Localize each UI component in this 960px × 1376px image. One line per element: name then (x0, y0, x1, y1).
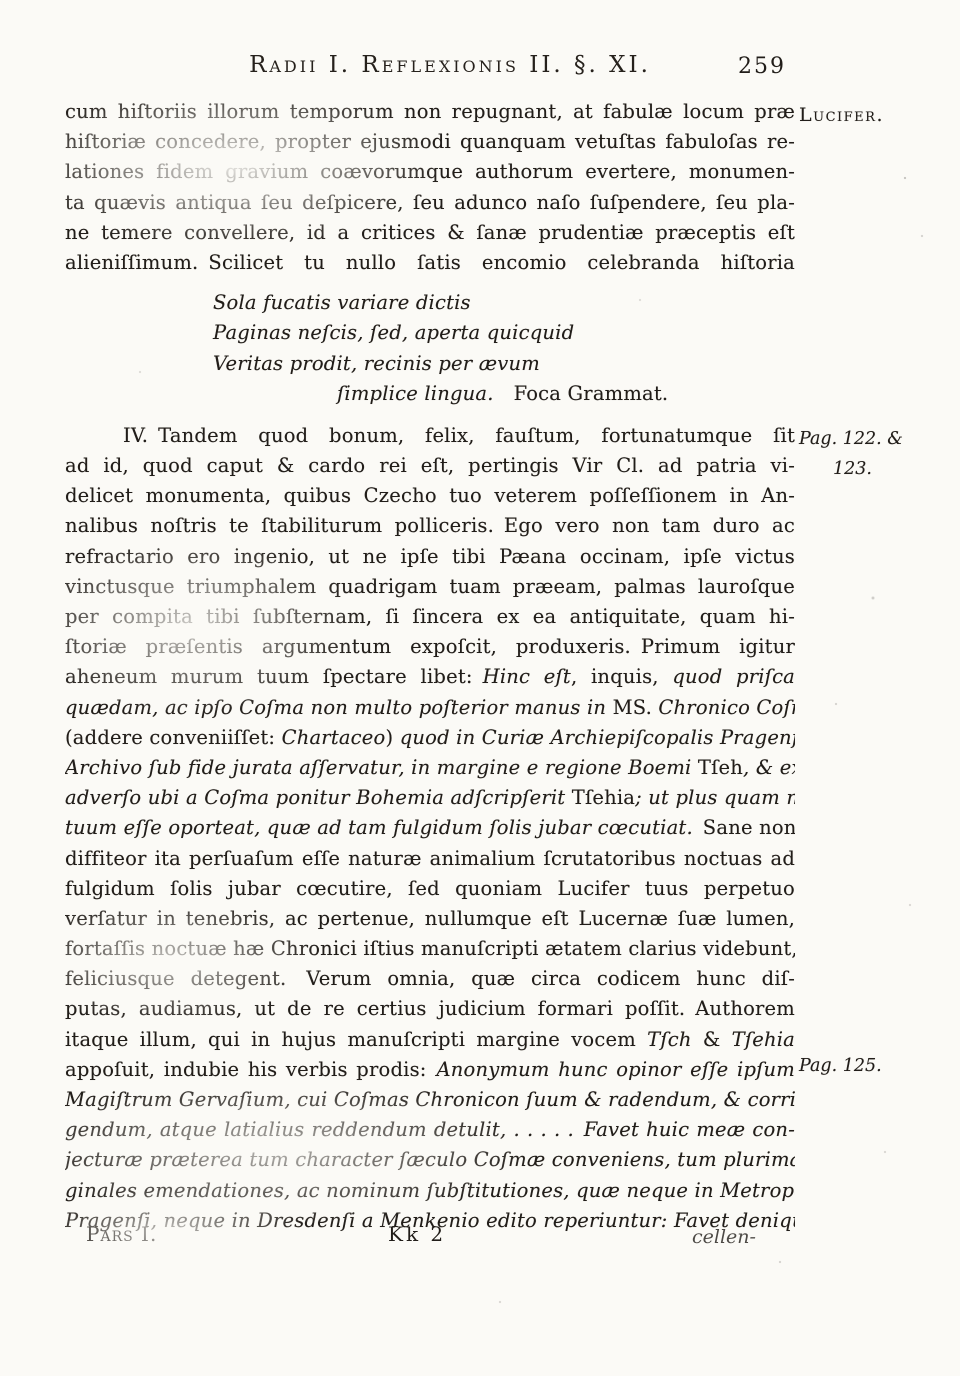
italic-text: Anonymum hunc opinor eſſe ipſum (437, 1058, 796, 1081)
roman-text: alieniſſimum. Scilicet tu nullo ſatis en… (65, 251, 795, 274)
roman-text: verſatur in tenebris, ac pertenue, nullu… (65, 907, 795, 930)
text-line: aheneum murum tuum ſpectare libet: Hinc … (65, 662, 795, 692)
text-line: diffiteor ita perſuaſum eſſe naturæ anim… (65, 844, 795, 874)
text-line: Archivo ſub fide jurata aſſervatur, in m… (65, 753, 795, 783)
text-line: nalibus noſtris te ſtabiliturum pollicer… (65, 511, 795, 541)
italic-text: Tſehia (732, 1028, 795, 1051)
roman-text: (addere conveniiſſet: (65, 726, 282, 749)
roman-text: IV. Tandem quod bonum, felix, fauſtum, f… (123, 424, 795, 447)
italic-text: gendum, atque latialius reddendum detuli… (65, 1118, 795, 1141)
italic-text: Magiſtrum Gervaſium, cui Coſmas Chronico… (65, 1088, 795, 1111)
page-header: Radii I. Reflexionis II. §. XI. 259 (0, 52, 960, 88)
italic-text: Sola fucatis variare dictis (213, 291, 471, 314)
italic-text: ginales emendationes, ac nominum ſubſtit… (65, 1179, 795, 1202)
volume-signature: Pars I. (86, 1222, 157, 1246)
catchword: cellen- (692, 1226, 756, 1248)
italic-text: Archivo ſub fide jurata aſſervatur, in m… (65, 756, 698, 779)
roman-text: delicet monumenta, quibus Czecho tuo vet… (65, 484, 795, 507)
roman-text: ad id, quod caput & cardo rei eſt, perti… (65, 454, 795, 477)
margin-note-lucifer: Lucifer. (799, 100, 954, 130)
italic-text: Hinc eſt (483, 665, 571, 688)
roman-text: , inquis, (571, 665, 672, 688)
text-line: lationes fidem gravium coævorumque autho… (65, 157, 795, 187)
roman-text: Tſehia (572, 786, 635, 809)
italic-text: , & ex (743, 756, 795, 779)
text-line: ſimplice lingua. Foca Grammat. (65, 379, 795, 409)
roman-text: aheneum murum tuum ſpectare libet: (65, 665, 483, 688)
roman-text: feliciusque detegent. Verum omnia, quæ c… (65, 967, 795, 990)
roman-text: refractario ero ingenio, ut ne ipſe tibi… (65, 545, 795, 568)
roman-text: & (692, 1028, 732, 1051)
italic-text: Chronico Coſmæ (652, 696, 795, 719)
italic-text: jecturæ præterea tum character ſæculo Co… (65, 1148, 795, 1171)
text-line: Sola fucatis variare dictis (65, 288, 795, 318)
text-line: ad id, quod caput & cardo rei eſt, perti… (65, 451, 795, 481)
italic-text: Paginas neſcis, ſed, aperta quicquid (213, 321, 574, 344)
body-text: cum hiſtoriis illorum temporum non repug… (65, 97, 795, 1236)
italic-text: quod priſca (672, 665, 795, 688)
text-line: Magiſtrum Gervaſium, cui Coſmas Chronico… (65, 1085, 795, 1115)
text-line: ne temere convellere, id a critices & ſa… (65, 218, 795, 248)
italic-text: tuum eſſe oporteat, quæ ad tam fulgidum … (65, 816, 693, 839)
text-line: putas, audiamus, ut de re certius judici… (65, 994, 795, 1024)
roman-text: ) (385, 726, 399, 749)
margin-note-line: Pag. 122. & (799, 424, 954, 454)
text-line: ſtoriæ præſentis argumentum expoſcit, pr… (65, 632, 795, 662)
text-line: gendum, atque latialius reddendum detuli… (65, 1115, 795, 1145)
italic-text: Tſch (647, 1028, 692, 1051)
text-line: fulgidum ſolis jubar cœcutire, ſed quoni… (65, 874, 795, 904)
italic-text: quod in Curiæ Archiepiſcopalis Pragenſis (400, 726, 795, 749)
roman-text: Foca Grammat. (494, 382, 669, 405)
text-line: vinctusque triumphalem quadrigam tuam pr… (65, 572, 795, 602)
roman-text: fortaſſis noctuæ hæ Chronici iſtius manu… (65, 937, 795, 960)
italic-text: adverſo ubi a Coſma ponitur Bohemia adſc… (65, 786, 572, 809)
italic-text: ſimplice lingua. (337, 382, 494, 405)
gathering-signature: Kk 2 (388, 1222, 446, 1246)
text-line: quædam, ac ipſo Coſma non multo poſterio… (65, 693, 795, 723)
page-number: 259 (738, 54, 786, 79)
text-line: alieniſſimum. Scilicet tu nullo ſatis en… (65, 248, 795, 278)
roman-text: vinctusque triumphalem quadrigam tuam pr… (65, 575, 795, 598)
italic-text: ; ut plus quam noc- (635, 786, 795, 809)
text-line: adverſo ubi a Coſma ponitur Bohemia adſc… (65, 783, 795, 813)
text-line: ginales emendationes, ac nominum ſubſtit… (65, 1176, 795, 1206)
text-line: IV. Tandem quod bonum, felix, fauſtum, f… (65, 421, 795, 451)
roman-text: ſtoriæ præſentis argumentum expoſcit, pr… (65, 635, 795, 658)
text-line: feliciusque detegent. Verum omnia, quæ c… (65, 964, 795, 994)
margin-note-pag-122-123: Pag. 122. & 123. (799, 424, 954, 484)
roman-text: fulgidum ſolis jubar cœcutire, ſed quoni… (65, 877, 795, 900)
roman-text: hiſtoriæ concedere, propter ejusmodi qua… (65, 130, 795, 153)
text-line: fortaſſis noctuæ hæ Chronici iſtius manu… (65, 934, 795, 964)
margin-note-line: 123. (799, 454, 954, 484)
roman-text: appoſuit, indubie his verbis prodis: (65, 1058, 437, 1081)
text-line: delicet monumenta, quibus Czecho tuo vet… (65, 481, 795, 511)
text-line: Paginas neſcis, ſed, aperta quicquid (65, 318, 795, 348)
text-line: Veritas prodit, recinis per ævum (65, 349, 795, 379)
italic-text: Veritas prodit, recinis per ævum (213, 352, 540, 375)
book-page-scan: Radii I. Reflexionis II. §. XI. 259 cum … (0, 0, 960, 1376)
running-title: Radii I. Reflexionis II. §. XI. (160, 52, 740, 78)
text-line: ta quævis antiqua ſeu deſpicere, ſeu adu… (65, 188, 795, 218)
text-line: appoſuit, indubie his verbis prodis: Ano… (65, 1055, 795, 1085)
roman-text: ne temere convellere, id a critices & ſa… (65, 221, 795, 244)
roman-text: putas, audiamus, ut de re certius judici… (65, 997, 795, 1020)
text-line: refractario ero ingenio, ut ne ipſe tibi… (65, 542, 795, 572)
margin-note-pag-125: Pag. 125. (799, 1051, 954, 1081)
italic-text: quædam, ac ipſo Coſma non multo poſterio… (65, 696, 613, 719)
roman-text: per compita tibi ſubſternam, ſi ſincera … (65, 605, 795, 628)
roman-text: cum hiſtoriis illorum temporum non repug… (65, 100, 795, 123)
roman-text: MS. (613, 696, 652, 719)
roman-text: diffiteor ita perſuaſum eſſe naturæ anim… (65, 847, 795, 870)
text-line: hiſtoriæ concedere, propter ejusmodi qua… (65, 127, 795, 157)
text-line: jecturæ præterea tum character ſæculo Co… (65, 1145, 795, 1175)
roman-text: ta quævis antiqua ſeu deſpicere, ſeu adu… (65, 191, 795, 214)
roman-text: lationes fidem gravium coævorumque autho… (65, 160, 795, 183)
text-line: itaque illum, qui in hujus manuſcripti m… (65, 1025, 795, 1055)
text-line: (addere conveniiſſet: Chartaceo) quod in… (65, 723, 795, 753)
text-line: cum hiſtoriis illorum temporum non repug… (65, 97, 795, 127)
roman-text: Tſeh (698, 756, 743, 779)
text-line: verſatur in tenebris, ac pertenue, nullu… (65, 904, 795, 934)
roman-text: nalibus noſtris te ſtabiliturum pollicer… (65, 514, 795, 537)
italic-text: Chartaceo (282, 726, 386, 749)
text-line: per compita tibi ſubſternam, ſi ſincera … (65, 602, 795, 632)
roman-text: Sane non (693, 816, 795, 839)
roman-text: itaque illum, qui in hujus manuſcripti m… (65, 1028, 647, 1051)
text-line: tuum eſſe oporteat, quæ ad tam fulgidum … (65, 813, 795, 843)
page-footer: Pars I. Kk 2 cellen- (0, 1222, 960, 1256)
